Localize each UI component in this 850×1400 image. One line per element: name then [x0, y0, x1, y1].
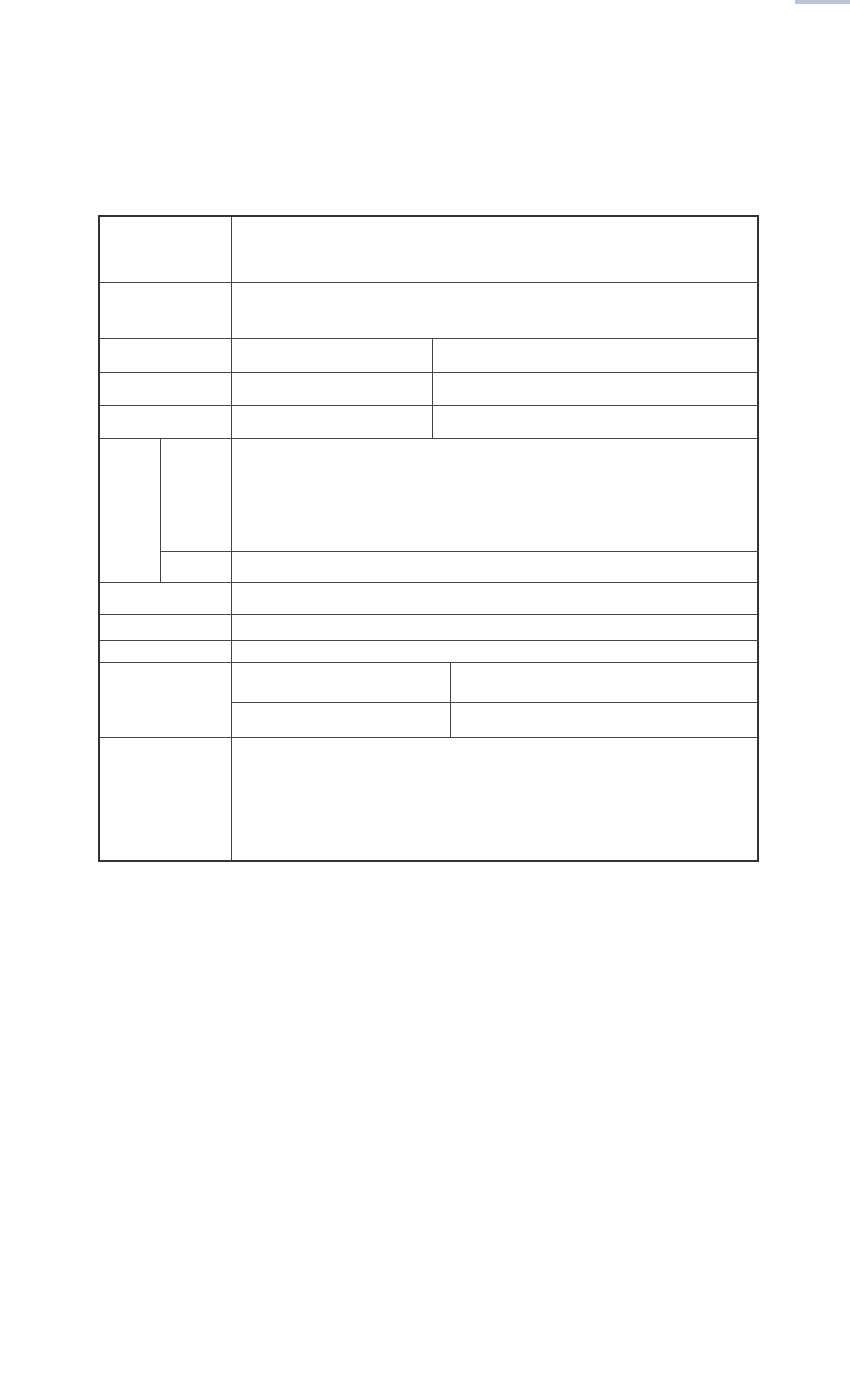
row-line [231, 702, 759, 703]
address-field[interactable] [240, 287, 750, 333]
poc-field[interactable] [240, 377, 425, 401]
row-line [100, 640, 759, 641]
passport-field[interactable] [240, 617, 750, 637]
gm-field[interactable] [240, 410, 425, 434]
application-form-table [98, 215, 759, 862]
row-line [100, 405, 759, 406]
row-line [100, 282, 759, 283]
row-line [100, 737, 759, 738]
row-line [100, 614, 759, 615]
row-line [100, 338, 759, 339]
row-line [100, 438, 759, 439]
row-line [160, 551, 759, 552]
position-field[interactable] [240, 555, 750, 579]
divider-booth-column [450, 662, 451, 737]
company-name-field[interactable] [240, 221, 750, 277]
row-line [100, 662, 759, 663]
tel-field[interactable] [240, 343, 425, 367]
divider-group-column [160, 438, 161, 582]
row-line [100, 372, 759, 373]
divider-label-column [231, 217, 232, 862]
scan-edge-mark [795, 0, 850, 4]
id-number-field[interactable] [240, 587, 750, 611]
row-line [100, 582, 759, 583]
divider-mid-column-top [432, 338, 433, 438]
